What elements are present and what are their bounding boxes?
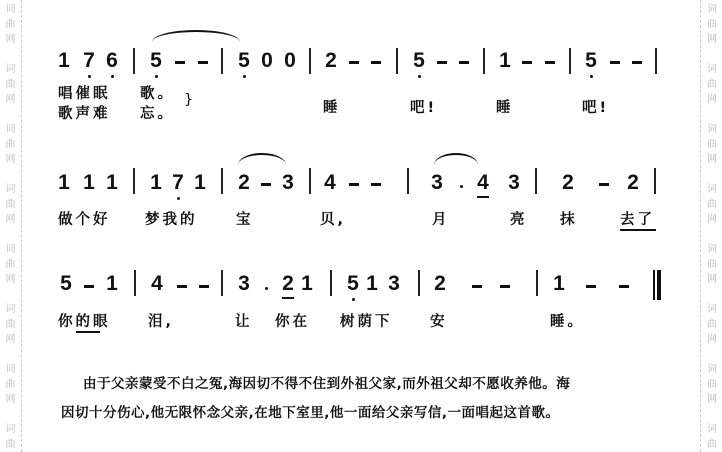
lyric: 树荫下 xyxy=(340,310,393,331)
note: 1 xyxy=(193,172,207,194)
dash xyxy=(500,285,510,288)
watermark-group: 词曲网 xyxy=(0,2,21,47)
watermark-column-left: 词曲网 词曲网 词曲网 词曲网 词曲网 词曲网 词曲网 词曲 xyxy=(0,0,22,452)
lyric-shared: 睡 xyxy=(323,96,341,117)
dash xyxy=(610,61,620,64)
barline xyxy=(309,48,311,74)
lyric: 你在 xyxy=(275,310,310,331)
lyric: 做个好 xyxy=(58,208,111,229)
note: 1 xyxy=(105,172,119,194)
lyric: 宝 xyxy=(236,208,254,229)
dash xyxy=(199,285,209,288)
note: 4 xyxy=(323,172,337,194)
lyric: 梦我的 xyxy=(145,208,198,229)
dash xyxy=(522,61,532,64)
dash xyxy=(632,61,642,64)
dash xyxy=(459,61,469,64)
dash xyxy=(619,285,629,288)
watermark-group: 词曲网 xyxy=(0,182,21,227)
lyric-verse2: 忘。 xyxy=(140,102,175,123)
lyric-verse1: 歌。 xyxy=(140,82,175,103)
barline xyxy=(569,48,571,74)
description-line-2: 因切十分伤心,他无限怀念父亲,在地下室里,他一面给父亲写信,一面唱起这首歌。 xyxy=(61,401,560,421)
lyric: 泪, xyxy=(148,310,174,331)
dash xyxy=(349,183,359,186)
watermark-column-right: 词曲网 词曲网 词曲网 词曲网 词曲网 词曲网 词曲网 词曲 xyxy=(700,0,722,452)
dash xyxy=(261,183,271,186)
barline xyxy=(221,270,223,296)
dash xyxy=(349,61,359,64)
barline xyxy=(655,48,657,74)
note: 2 xyxy=(324,50,338,72)
note: 5 xyxy=(346,273,360,295)
note: 5 xyxy=(237,50,251,72)
dash xyxy=(472,285,482,288)
note: 4 xyxy=(476,172,490,194)
watermark-group: 词曲网 xyxy=(701,362,722,407)
watermark-group: 词曲 xyxy=(0,422,21,452)
barline xyxy=(221,168,223,194)
watermark-group: 词曲网 xyxy=(0,62,21,107)
note: 7 xyxy=(82,50,96,72)
barline xyxy=(535,168,537,194)
lyric-underline xyxy=(620,229,656,231)
watermark-group: 词曲网 xyxy=(0,122,21,167)
note: 3 xyxy=(281,172,295,194)
lyric-shared: 睡 xyxy=(496,96,514,117)
dash xyxy=(545,61,555,64)
lyric-shared: 吧! xyxy=(582,96,609,117)
barline xyxy=(134,270,136,296)
final-barline-thin xyxy=(653,270,655,300)
lyric: 抹 xyxy=(560,208,578,229)
note: 3 xyxy=(430,172,444,194)
augmentation-dot xyxy=(265,287,268,290)
lyric-verse2: 歌声难 xyxy=(58,102,111,123)
slur xyxy=(434,153,478,165)
lyric-verse1: 唱催眠 xyxy=(58,82,111,103)
note: 5 xyxy=(412,50,426,72)
lyric: 亮 xyxy=(510,208,528,229)
barline xyxy=(407,168,409,194)
watermark-group: 词曲 xyxy=(701,422,722,452)
dash xyxy=(437,61,447,64)
watermark-group: 词曲网 xyxy=(0,362,21,407)
watermark-group: 词曲网 xyxy=(701,302,722,347)
watermark-group: 词曲网 xyxy=(701,62,722,107)
note: 1 xyxy=(552,273,566,295)
barline xyxy=(483,48,485,74)
barline xyxy=(133,168,135,194)
note: 0 xyxy=(260,50,274,72)
dash xyxy=(371,183,381,186)
watermark-group: 词曲网 xyxy=(701,2,722,47)
note: 2 xyxy=(561,172,575,194)
note: 1 xyxy=(149,172,163,194)
lyric: 月 xyxy=(432,208,450,229)
lyric-underline xyxy=(76,331,100,333)
note: 0 xyxy=(283,50,297,72)
barline xyxy=(536,270,538,296)
note: 3 xyxy=(387,273,401,295)
note: 1 xyxy=(498,50,512,72)
dash xyxy=(175,61,185,64)
repeat-bracket: } xyxy=(184,92,196,108)
final-barline-thick xyxy=(657,270,661,300)
slur xyxy=(238,153,286,165)
note: 3 xyxy=(507,172,521,194)
note: 2 xyxy=(626,172,640,194)
note: 1 xyxy=(300,273,314,295)
slur xyxy=(152,30,240,42)
dash xyxy=(599,183,609,186)
dash xyxy=(177,285,187,288)
note: 5 xyxy=(149,50,163,72)
note: 2 xyxy=(237,172,251,194)
barline xyxy=(418,270,420,296)
note: 5 xyxy=(584,50,598,72)
note: 1 xyxy=(105,273,119,295)
barline xyxy=(330,270,332,296)
lyric: 去了 xyxy=(620,208,655,229)
note: 2 xyxy=(433,273,447,295)
note: 1 xyxy=(57,172,71,194)
dash xyxy=(198,61,208,64)
dash xyxy=(586,285,596,288)
lyric-shared: 吧! xyxy=(410,96,437,117)
watermark-group: 词曲网 xyxy=(701,122,722,167)
lyric: 让 xyxy=(235,310,253,331)
barline xyxy=(396,48,398,74)
lyric: 你的眼 xyxy=(58,310,111,331)
note: 7 xyxy=(171,172,185,194)
watermark-group: 词曲网 xyxy=(701,182,722,227)
dash xyxy=(371,61,381,64)
barline xyxy=(133,48,135,74)
note: 4 xyxy=(150,273,164,295)
dash xyxy=(84,285,94,288)
note: 3 xyxy=(237,273,251,295)
augmentation-dot xyxy=(460,185,463,188)
watermark-group: 词曲网 xyxy=(0,242,21,287)
note: 1 xyxy=(82,172,96,194)
description-line-1: 由于父亲蒙受不白之冤,海因切不得不住到外祖父家,而外祖父却不愿收养他。海 xyxy=(83,372,570,392)
note: 6 xyxy=(105,50,119,72)
note: 5 xyxy=(59,273,73,295)
watermark-group: 词曲网 xyxy=(701,242,722,287)
barline xyxy=(309,168,311,194)
barline xyxy=(654,168,656,194)
lyric: 贝, xyxy=(320,208,346,229)
note: 1 xyxy=(57,50,71,72)
watermark-group: 词曲网 xyxy=(0,302,21,347)
lyric: 睡。 xyxy=(550,310,585,331)
note: 2 xyxy=(281,273,295,295)
note: 1 xyxy=(365,273,379,295)
lyric: 安 xyxy=(430,310,448,331)
barline xyxy=(221,48,223,74)
